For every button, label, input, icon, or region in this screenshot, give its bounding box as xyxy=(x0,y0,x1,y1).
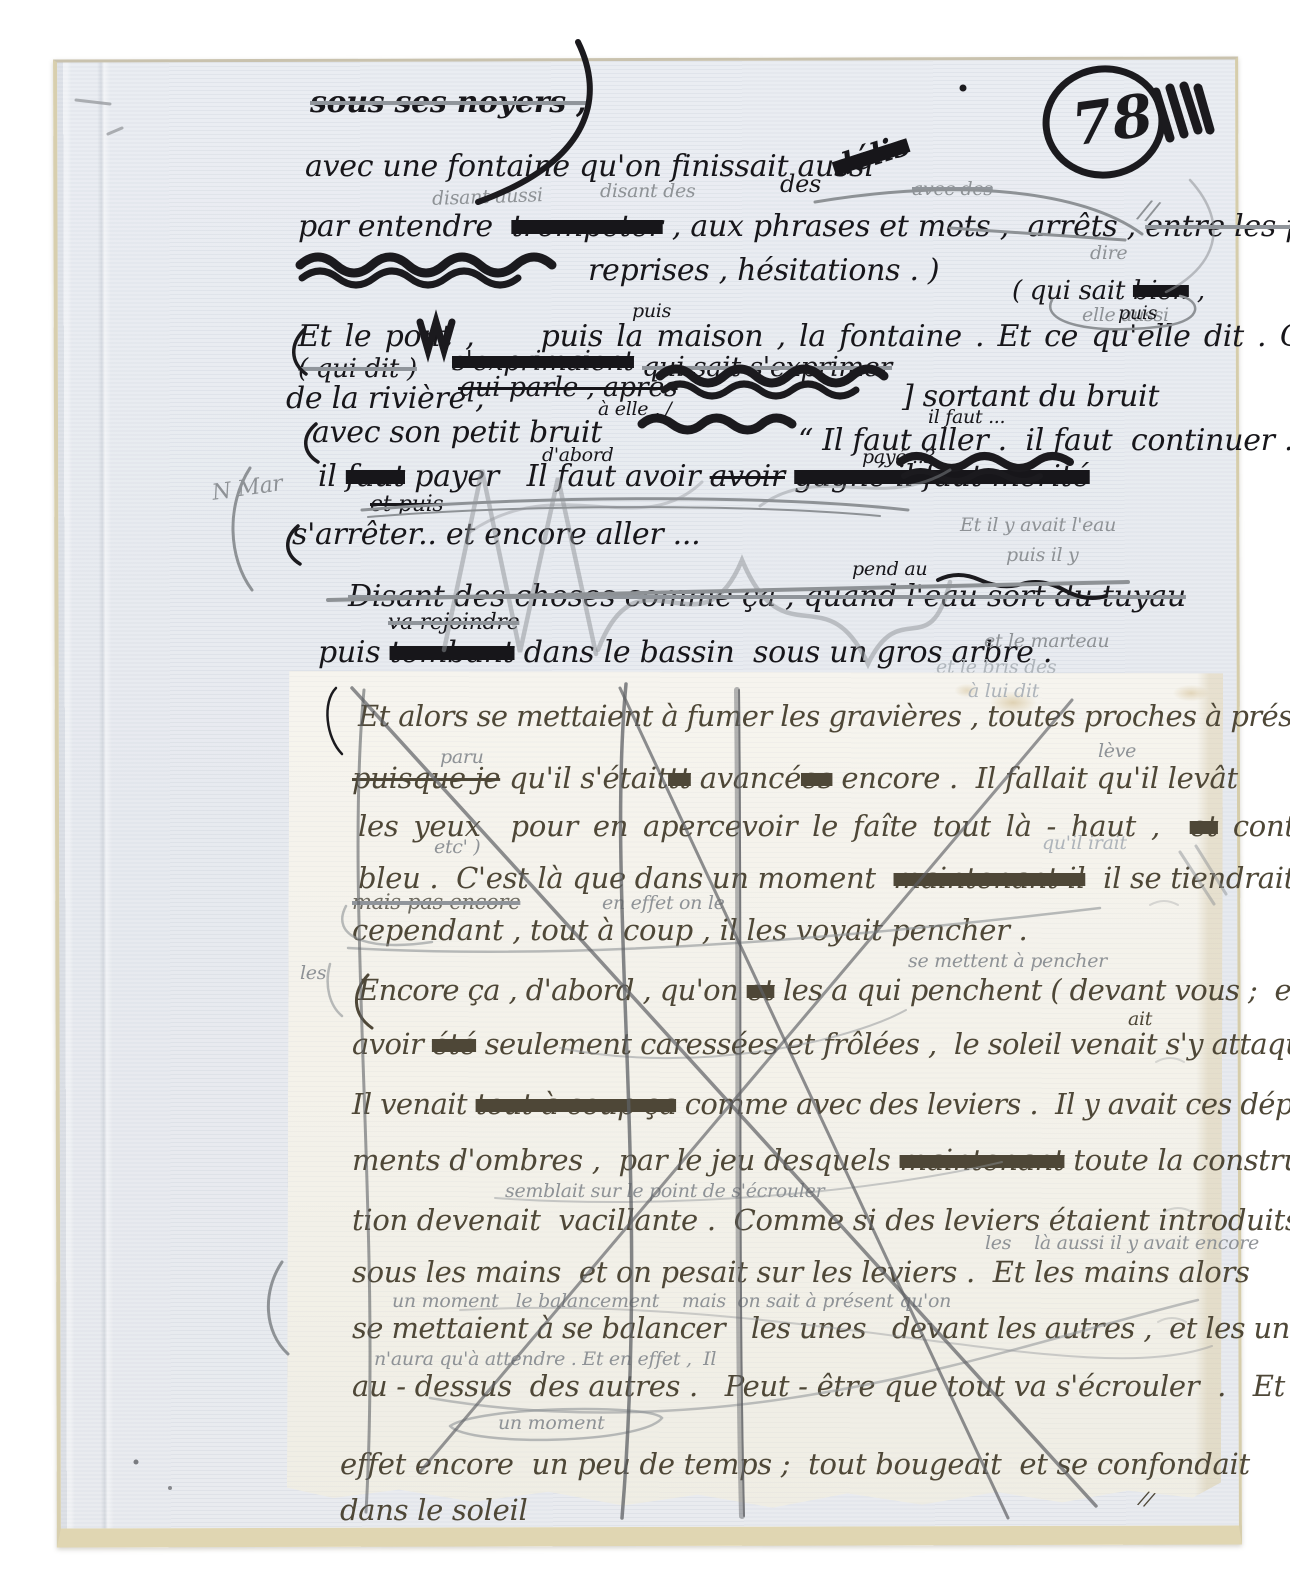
text-segment: Et alors se mettaient à fumer les graviè… xyxy=(358,699,1290,733)
manuscript-line: Encore ça , d'abord , qu'on et les a qui… xyxy=(358,976,1290,1005)
text-segment: ait xyxy=(1128,1008,1152,1030)
inserted-word: puis xyxy=(632,302,671,321)
text-segment: dire xyxy=(1090,242,1127,264)
pencil-note: à lui dit xyxy=(968,682,1039,701)
text-segment: pend au xyxy=(852,558,927,580)
manuscript-line: ( qui dit ) xyxy=(298,356,417,382)
text-segment: qui sait s'exprimer xyxy=(642,352,892,383)
text-segment: tt xyxy=(668,761,691,795)
pencil-note: lève xyxy=(1098,742,1136,761)
text-segment: tombant xyxy=(390,635,515,670)
text-segment: Et le pont , puis la maison , la fontain… xyxy=(298,319,1290,354)
pencil-note: qu'il irait xyxy=(1042,834,1127,853)
text-segment: trompeter xyxy=(511,209,662,244)
text-segment: ments d'ombres , par le jeu desquels xyxy=(352,1143,900,1177)
text-segment: payé ..3 xyxy=(862,446,935,468)
inserted-word: puis xyxy=(1118,304,1157,323)
text-segment: et le marteau xyxy=(984,630,1109,652)
text-segment: se mettent à pencher xyxy=(908,950,1107,972)
text-segment: s'arrêter.. et encore aller ... xyxy=(292,517,700,552)
text-segment: ( qui dit ) xyxy=(298,354,417,384)
text-segment: il xyxy=(318,459,346,494)
text-segment: avec des xyxy=(912,178,993,200)
manuscript-line: au - dessus des autres . Peut - être que… xyxy=(352,1372,1290,1401)
manuscript-line: Et le pont , puis la maison , la fontain… xyxy=(298,322,1290,352)
text-segment: sous les mains et on pesait sur les levi… xyxy=(352,1255,1250,1289)
text-segment: seulement caressées et frôlées , le sole… xyxy=(476,1027,1290,1061)
text-segment: maintenant xyxy=(900,1143,1065,1177)
text-segment: les là aussi il y avait encore xyxy=(985,1232,1259,1254)
pencil-note: semblait sur le point de s'écrouler xyxy=(505,1182,824,1201)
manuscript-photo: 78 sous ses noyers , avec une fontaine q… xyxy=(0,0,1290,1590)
text-segment: comme avec des leviers . Il y avait ces … xyxy=(676,1087,1290,1121)
manuscript-line: il faut payer Il faut avoir avoir gagné … xyxy=(318,462,1090,492)
text-segment: les a qui penchent ( devant vous ; et , … xyxy=(774,973,1290,1007)
pencil-note: etc' ) xyxy=(434,838,480,857)
pencil-note: les xyxy=(300,964,326,983)
text-segment: des xyxy=(780,170,821,198)
text-segment: été xyxy=(432,1027,476,1061)
manuscript-line: s'arrêter.. et encore aller ... xyxy=(292,520,700,550)
manuscript-line: ments d'ombres , par le jeu desquels mai… xyxy=(352,1146,1290,1175)
manuscript-line: ( qui sait bien , xyxy=(1012,278,1205,304)
manuscript-line: qui sait s'exprimer xyxy=(642,354,892,381)
text-segment: disant aussi xyxy=(432,184,543,210)
text-segment: payer Il faut avoir xyxy=(405,459,710,494)
pencil-note: Et il y avait l'eau xyxy=(960,516,1116,535)
text-segment: dans le soleil xyxy=(340,1493,527,1527)
text-segment: va rejoindre xyxy=(388,610,519,635)
inserted-word: il faut ... xyxy=(928,408,1005,427)
manuscript-line: Disant des choses comme ça , quand l'eau… xyxy=(348,582,1186,612)
text-segment: puis il y xyxy=(1006,544,1079,566)
pencil-note: disant aussi xyxy=(432,186,543,209)
text-segment: et xyxy=(1190,809,1218,843)
text-segment: un moment xyxy=(498,1412,604,1434)
text-segment: il faut ... xyxy=(928,406,1005,428)
text-segment: il se tiendrait , xyxy=(1085,861,1290,895)
text-segment: ( qui sait xyxy=(1012,276,1133,306)
text-segment: Il venait xyxy=(352,1087,476,1121)
manuscript-line: se mettaient à se balancer les unes deva… xyxy=(352,1314,1290,1343)
text-segment: faut xyxy=(346,459,405,494)
text-segment: avoir xyxy=(710,459,785,494)
text-segment: n'aura qu'à attendre . Et en effet , Il xyxy=(374,1348,716,1370)
text-segment: qu'il s'était xyxy=(500,761,668,795)
inserted-word: pend au xyxy=(852,560,927,579)
text-segment: avancé xyxy=(691,761,801,795)
manuscript-line: reprises , hésitations . ) xyxy=(588,256,939,286)
pencil-note: en effet on le xyxy=(602,894,725,913)
text-segment: entre les phrases xyxy=(1145,209,1290,244)
inserted-word: payé ..3 xyxy=(862,448,935,467)
text-segment: semblait sur le point de s'écrouler xyxy=(505,1180,824,1202)
text-segment: en effet on le xyxy=(602,892,725,914)
pencil-note: puis il y xyxy=(1006,546,1079,565)
manuscript-line: dans le soleil xyxy=(340,1496,527,1525)
pencil-note: et le marteau xyxy=(984,632,1109,651)
text-segment: tout à coup ça xyxy=(476,1087,676,1121)
pencil-note: dire xyxy=(1090,244,1127,263)
manuscript-line: bleu . C'est là que dans un moment maint… xyxy=(358,864,1290,893)
page-number: 78 xyxy=(1068,81,1157,160)
manuscript-line: avoir été seulement caressées et frôlées… xyxy=(352,1030,1290,1059)
pencil-note: avec des xyxy=(912,180,993,199)
text-segment: Et il y avait l'eau xyxy=(960,514,1116,536)
manuscript-line: sous ses noyers , xyxy=(310,88,586,118)
text-segment: effet encore un peu de temps ; tout boug… xyxy=(340,1447,1250,1481)
text-segment: lève xyxy=(1098,740,1136,762)
manuscript-line: effet encore un peu de temps ; tout boug… xyxy=(340,1450,1250,1479)
text-segment: à lui dit xyxy=(968,680,1039,702)
text-segment: par entendre xyxy=(298,209,511,244)
pencil-note: les là aussi il y avait encore xyxy=(985,1234,1259,1253)
manuscript-line: Et alors se mettaient à fumer les graviè… xyxy=(358,702,1290,731)
manuscript-line: qui parle , après xyxy=(458,374,678,401)
manuscript-line: des xyxy=(780,172,821,196)
text-segment: es xyxy=(801,761,832,795)
pencil-note: disant des xyxy=(600,182,695,201)
text-segment: toute la construc - xyxy=(1064,1143,1290,1177)
inserted-word: à elle , / xyxy=(598,400,672,419)
text-segment: et puis xyxy=(370,492,443,517)
text-segment: cependant , tout à coup , il les voyait … xyxy=(352,913,1027,947)
text-segment: sous ses noyers , xyxy=(310,85,586,120)
pencil-note: un moment xyxy=(498,1414,604,1433)
text-segment: puis xyxy=(632,300,671,322)
text-segment: maintenant il xyxy=(894,861,1086,895)
pencil-note: un moment le balancement mais on sait à … xyxy=(392,1292,951,1311)
text-segment: , aux phrases et mots , arrêts , xyxy=(663,209,1145,244)
text-segment: gagné il faut mérité xyxy=(794,459,1089,494)
manuscript-line: cependant , tout à coup , il les voyait … xyxy=(352,916,1027,945)
text-segment: Encore ça , d'abord , qu'on xyxy=(358,973,747,1007)
text-segment: au - dessus des autres . Peut - être que… xyxy=(352,1369,1290,1403)
text-segment: à elle , / xyxy=(598,398,672,420)
manuscript-line: Il venait tout à coup ça comme avec des … xyxy=(352,1090,1290,1119)
manuscript-line: de la rivière , xyxy=(286,384,484,414)
text-segment: qu'il irait xyxy=(1042,832,1127,854)
text-segment: mais pas encore xyxy=(352,890,520,914)
manuscript-line: tion devenait vacillante . Comme si des … xyxy=(352,1206,1290,1235)
text-segment: Disant des choses comme ça , quand l'eau… xyxy=(348,579,1186,614)
text-segment: un moment le balancement mais on sait à … xyxy=(392,1290,951,1312)
text-segment: les xyxy=(300,962,326,984)
scribbled-word: s'exprimaient xyxy=(452,348,634,375)
manuscript-line: sous les mains et on pesait sur les levi… xyxy=(352,1258,1250,1287)
text-segment: de la rivière , xyxy=(286,381,484,416)
manuscript-line: les yeux pour en apercevoir le faîte tou… xyxy=(358,812,1290,841)
text-segment: puis xyxy=(318,635,390,670)
manuscript-line: mais pas encore xyxy=(352,892,520,913)
text-segment: , xyxy=(1189,276,1205,306)
text-segment: etc' ) xyxy=(434,836,480,858)
text-segment: encore . Il fallait qu'il levât xyxy=(832,761,1237,795)
text-segment: avoir xyxy=(352,1027,432,1061)
text-segment xyxy=(785,459,794,494)
text-segment: et xyxy=(747,973,775,1007)
text-segment: reprises , hésitations . ) xyxy=(588,253,939,288)
text-segment: se mettaient à se balancer les unes deva… xyxy=(352,1311,1290,1345)
text-segment: puis xyxy=(1118,302,1157,324)
inserted-word: ait xyxy=(1128,1010,1152,1029)
text-segment: puisque je xyxy=(352,761,500,795)
text-segment: disant des xyxy=(600,180,695,202)
pencil-note: se mettent à pencher xyxy=(908,952,1107,971)
manuscript-line: et puis xyxy=(370,494,443,516)
manuscript-line: va rejoindre xyxy=(388,612,519,634)
manuscript-line: puisque je qu'il s'étaittt avancées enco… xyxy=(352,764,1238,793)
text-segment: contre du xyxy=(1218,809,1290,843)
pencil-note: n'aura qu'à attendre . Et en effet , Il xyxy=(374,1350,716,1369)
